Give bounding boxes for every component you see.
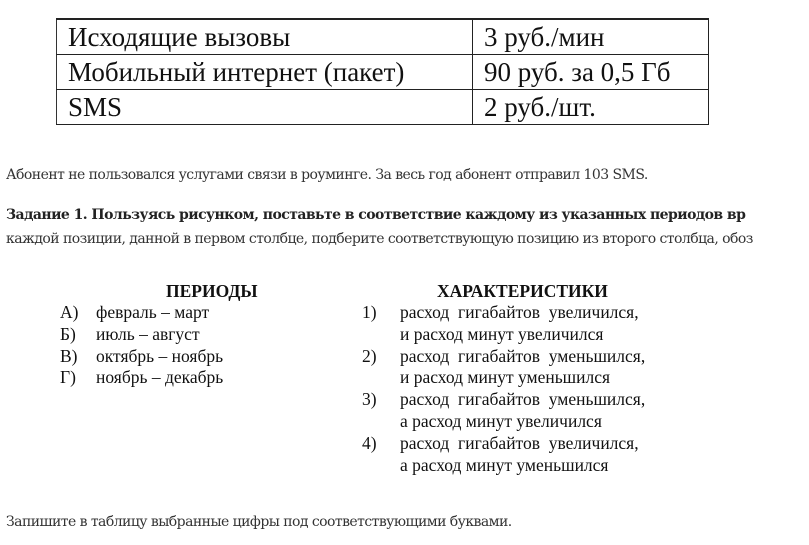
item-text-line2: и расход минут уменьшился — [400, 367, 610, 389]
task-title: Задание 1. Пользуясь рисунком, поставьте… — [6, 207, 745, 223]
periods-header: ПЕРИОДЫ — [166, 281, 258, 302]
table-row: Исходящие вызовы 3 руб./мин — [57, 19, 709, 55]
item-text-line1: расход гигабайтов уменьшился, — [400, 346, 645, 368]
periods-list: А) февраль – март Б) июль – август В) ок… — [60, 302, 320, 389]
item-mark: Б) — [60, 324, 76, 346]
list-item: Г) ноябрь – декабрь — [60, 367, 320, 389]
list-item: А) февраль – март — [60, 302, 320, 324]
list-item: 3)расход гигабайтов уменьшился, а расход… — [362, 389, 682, 433]
item-text: июль – август — [96, 324, 200, 346]
item-text-line2: и расход минут увеличился — [400, 324, 603, 346]
item-mark: А) — [60, 302, 78, 324]
price-cell: 3 руб./мин — [473, 19, 709, 55]
item-text-line1: расход гигабайтов уменьшился, — [400, 389, 645, 411]
item-mark: 3) — [362, 389, 377, 411]
list-item: Б) июль – август — [60, 324, 320, 346]
price-cell: 90 руб. за 0,5 Гб — [473, 55, 709, 90]
service-cell: Исходящие вызовы — [57, 19, 473, 55]
item-mark: В) — [60, 346, 78, 368]
item-text-line1: расход гигабайтов увеличился, — [400, 302, 639, 324]
characteristics-list: 1)расход гигабайтов увеличился, и расход… — [362, 302, 682, 476]
item-mark: Г) — [60, 367, 76, 389]
price-cell: 2 руб./шт. — [473, 90, 709, 125]
list-item: 1)расход гигабайтов увеличился, и расход… — [362, 302, 682, 346]
service-cell: Мобильный интернет (пакет) — [57, 55, 473, 90]
item-text-line2: а расход минут увеличился — [400, 411, 602, 433]
item-mark: 4) — [362, 433, 377, 455]
list-item: 2)расход гигабайтов уменьшился, и расход… — [362, 346, 682, 390]
list-item: В) октябрь – ноябрь — [60, 346, 320, 368]
item-text-line2: а расход минут уменьшился — [400, 455, 608, 477]
item-mark: 2) — [362, 346, 377, 368]
table-row: Мобильный интернет (пакет) 90 руб. за 0,… — [57, 55, 709, 90]
table-row: SMS 2 руб./шт. — [57, 90, 709, 125]
item-mark: 1) — [362, 302, 377, 324]
task-continuation: каждой позиции, данной в первом столбце,… — [6, 231, 753, 247]
item-text: октябрь – ноябрь — [96, 346, 223, 368]
tariff-table: Исходящие вызовы 3 руб./мин Мобильный ин… — [56, 18, 709, 125]
item-text: ноябрь – декабрь — [96, 367, 223, 389]
service-cell: SMS — [57, 90, 473, 125]
characteristics-header: ХАРАКТЕРИСТИКИ — [437, 281, 608, 302]
item-text: февраль – март — [96, 302, 209, 324]
final-instruction: Запишите в таблицу выбранные цифры под с… — [6, 514, 512, 530]
item-text-line1: расход гигабайтов увеличился, — [400, 433, 639, 455]
roaming-note: Абонент не пользовался услугами связи в … — [6, 167, 648, 183]
list-item: 4)расход гигабайтов увеличился, а расход… — [362, 433, 682, 477]
